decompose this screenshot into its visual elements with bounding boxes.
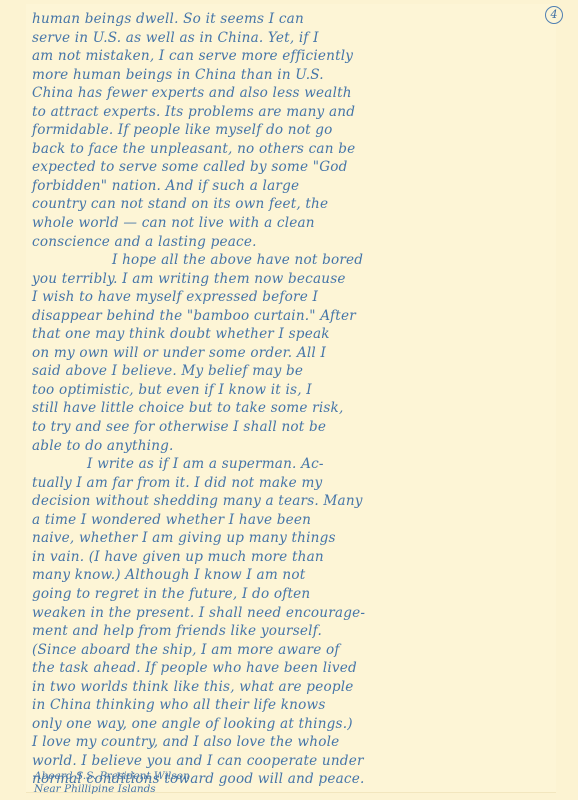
- text-line: more human beings in China than in U.S.: [32, 66, 537, 85]
- text-line: said above I believe. My belief may be: [32, 362, 537, 381]
- text-line: formidable. If people like myself do not…: [32, 121, 537, 140]
- text-line: able to do anything.: [32, 437, 537, 456]
- closing-location: Aboard S.S. President Wilson Near Philli…: [34, 770, 190, 796]
- text-line: a time I wondered whether I have been: [32, 511, 537, 530]
- text-line: on my own will or under some order. All …: [32, 344, 537, 363]
- text-line: expected to serve some called by some "G…: [32, 158, 537, 177]
- text-line: serve in U.S. as well as in China. Yet, …: [32, 29, 537, 48]
- text-line: ment and help from friends like yourself…: [32, 622, 537, 641]
- text-line: in two worlds think like this, what are …: [32, 678, 537, 697]
- handwritten-body: human beings dwell. So it seems I can se…: [32, 10, 537, 789]
- text-line: the task ahead. If people who have been …: [32, 659, 537, 678]
- text-line: back to face the unpleasant, no others c…: [32, 140, 537, 159]
- text-line: tually I am far from it. I did not make …: [32, 474, 537, 493]
- text-line: disappear behind the "bamboo curtain." A…: [32, 307, 537, 326]
- text-line: world. I believe you and I can cooperate…: [32, 752, 537, 771]
- text-line: whole world — can not live with a clean: [32, 214, 537, 233]
- text-line: to try and see for otherwise I shall not…: [32, 418, 537, 437]
- letter-page: 4 human beings dwell. So it seems I can …: [0, 0, 578, 800]
- page-number: 4: [545, 6, 563, 24]
- text-line: forbidden" nation. And if such a large: [32, 177, 537, 196]
- text-line: in China thinking who all their life kno…: [32, 696, 537, 715]
- paragraph-start-line: I write as if I am a superman. Ac-: [32, 455, 537, 474]
- text-line: still have little choice but to take som…: [32, 399, 537, 418]
- closing-line-2: Near Phillipine Islands: [34, 783, 190, 796]
- text-line: am not mistaken, I can serve more effici…: [32, 47, 537, 66]
- text-line: I love my country, and I also love the w…: [32, 733, 537, 752]
- text-line: too optimistic, but even if I know it is…: [32, 381, 537, 400]
- text-line: many know.) Although I know I am not: [32, 566, 537, 585]
- closing-line-1: Aboard S.S. President Wilson: [34, 770, 190, 783]
- text-line: that one may think doubt whether I speak: [32, 325, 537, 344]
- paragraph-start-line: I hope all the above have not bored: [32, 251, 537, 270]
- text-line: you terribly. I am writing them now beca…: [32, 270, 537, 289]
- text-line: country can not stand on its own feet, t…: [32, 195, 537, 214]
- text-line: only one way, one angle of looking at th…: [32, 715, 537, 734]
- text-line: going to regret in the future, I do ofte…: [32, 585, 537, 604]
- text-line: naive, whether I am giving up many thing…: [32, 529, 537, 548]
- text-line: human beings dwell. So it seems I can: [32, 10, 537, 29]
- text-line: decision without shedding many a tears. …: [32, 492, 537, 511]
- text-line: I wish to have myself expressed before I: [32, 288, 537, 307]
- text-line: to attract experts. Its problems are man…: [32, 103, 537, 122]
- text-line: conscience and a lasting peace.: [32, 233, 537, 252]
- text-line: in vain. (I have given up much more than: [32, 548, 537, 567]
- text-line: (Since aboard the ship, I am more aware …: [32, 641, 537, 660]
- text-line: China has fewer experts and also less we…: [32, 84, 537, 103]
- text-line: weaken in the present. I shall need enco…: [32, 604, 537, 623]
